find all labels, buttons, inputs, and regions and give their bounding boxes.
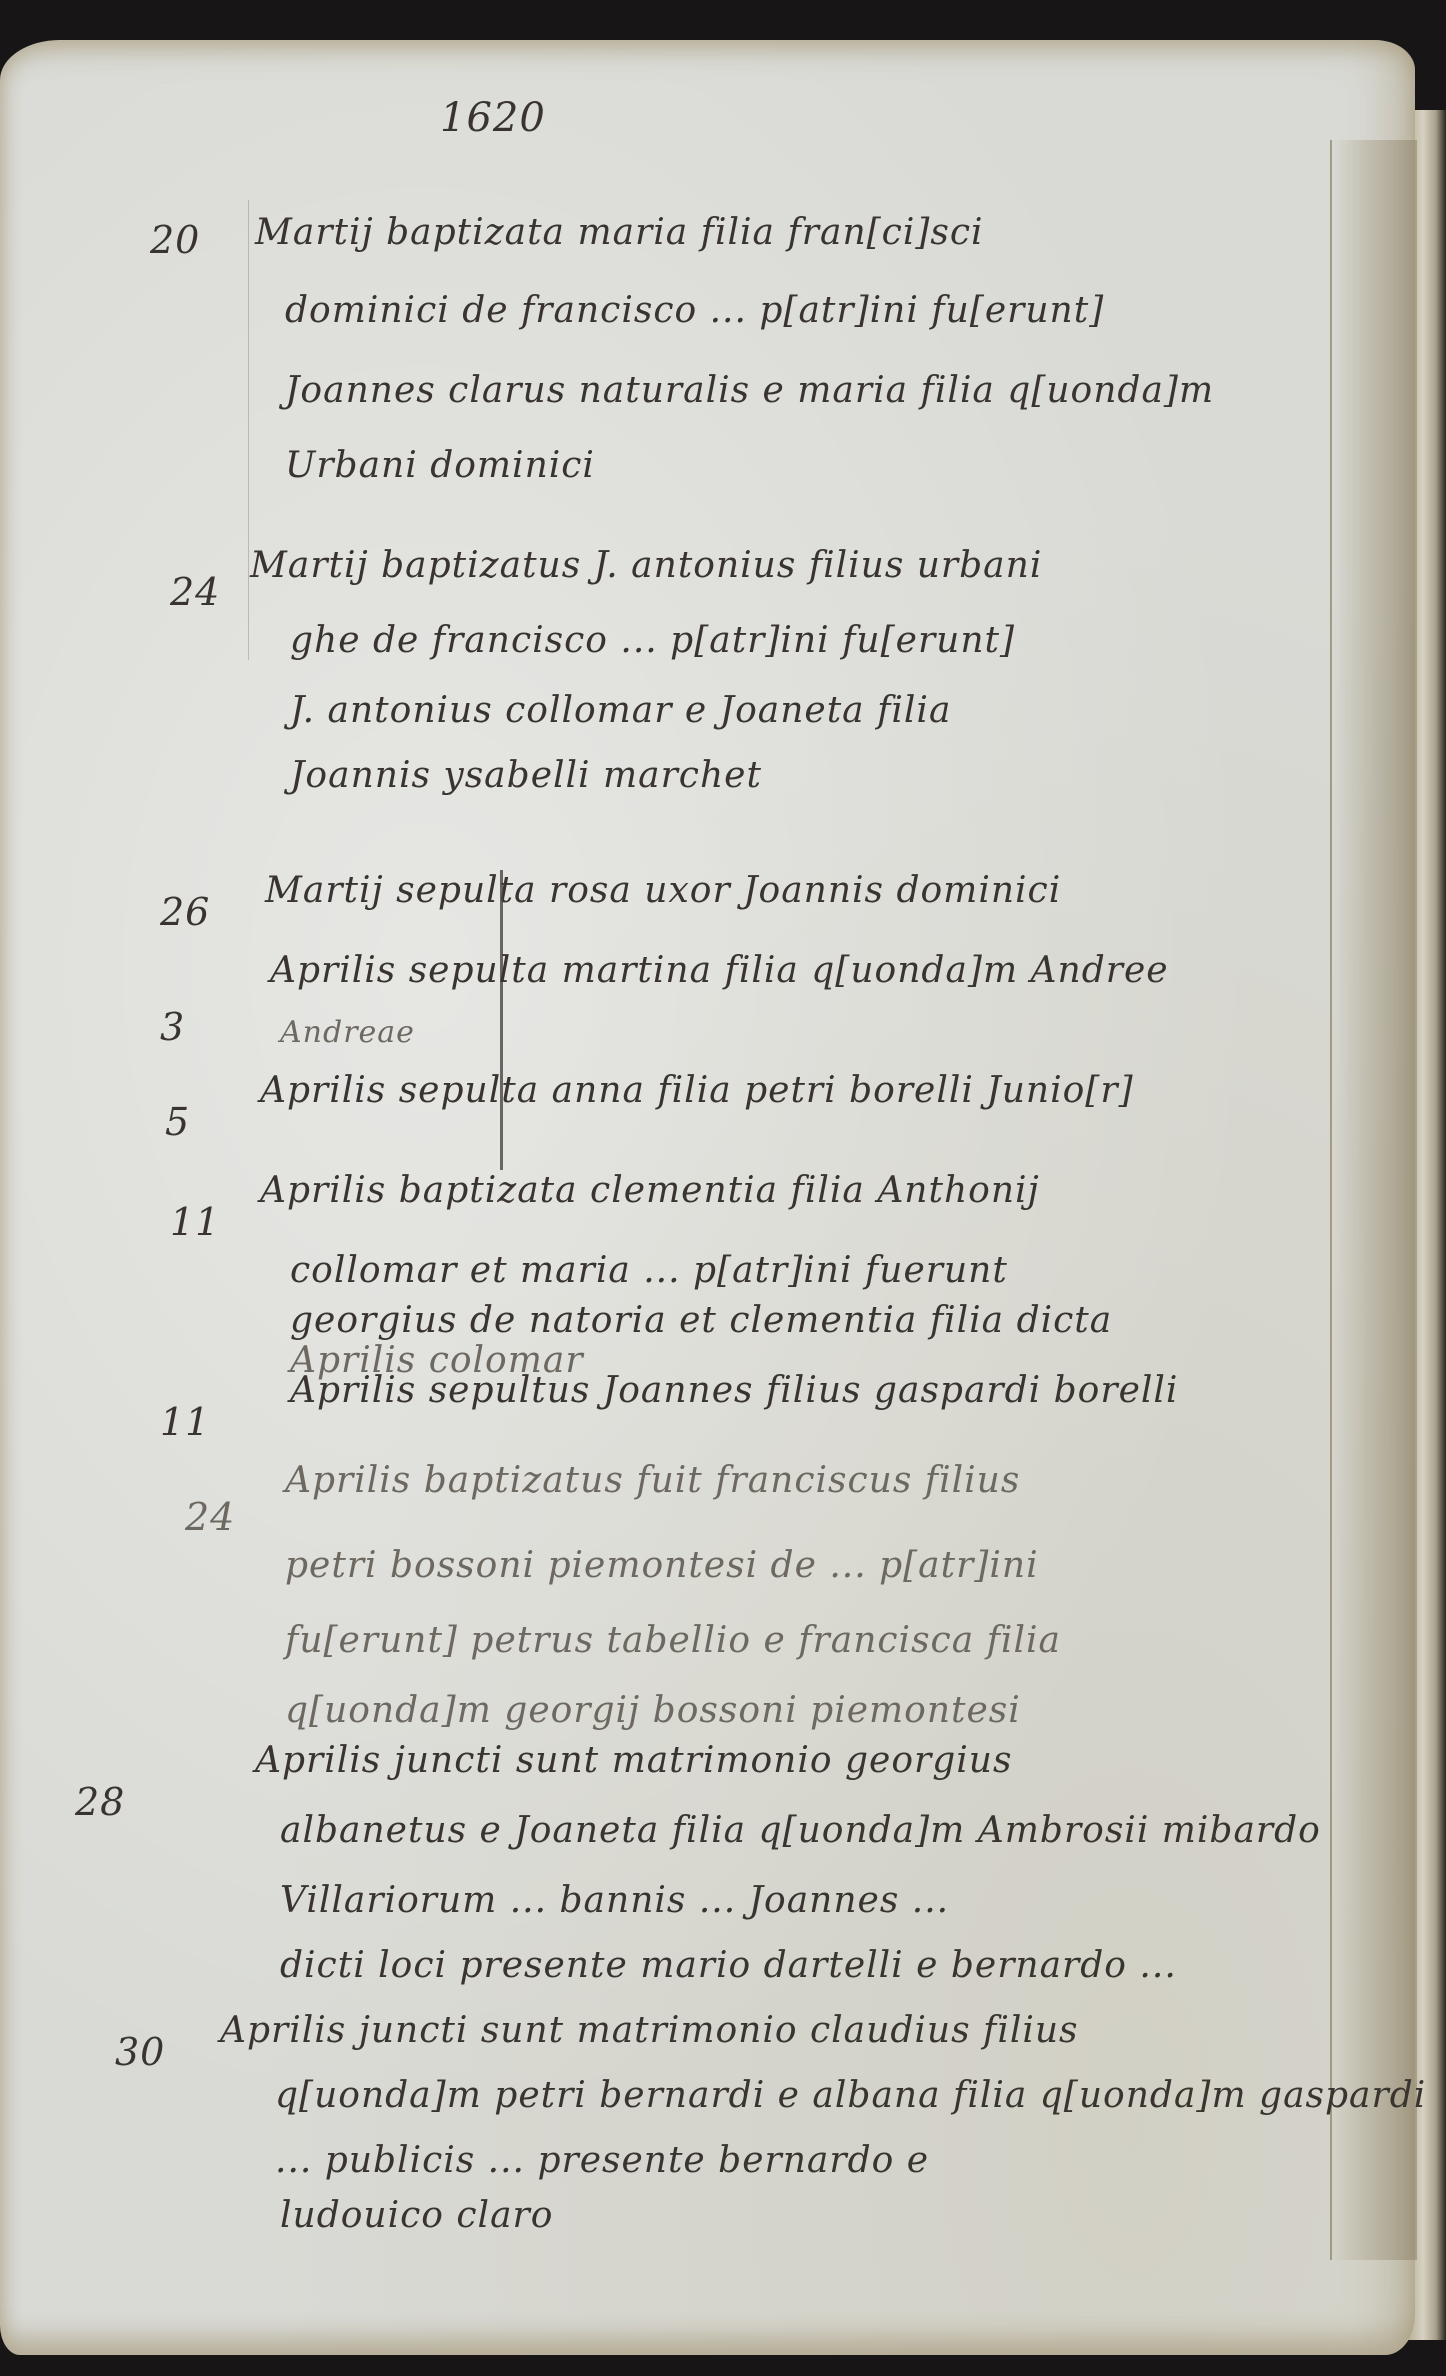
- entry-day: 5: [165, 1100, 190, 1144]
- entry-line: Aprilis sepulta anna filia petri borelli…: [260, 1070, 1134, 1111]
- entry-day: 24: [170, 570, 220, 614]
- entry-day: 26: [160, 890, 210, 934]
- entry-line: Urbani dominici: [285, 445, 595, 486]
- entry-day: 11: [160, 1400, 210, 1444]
- entry-line: Joannes clarus naturalis e maria filia q…: [285, 370, 1214, 411]
- entry-line: georgius de natoria et clementia filia d…: [290, 1300, 1112, 1341]
- entry-line: Aprilis juncti sunt matrimonio claudius …: [220, 2010, 1079, 2051]
- entry-line: Andreae: [280, 1015, 415, 1050]
- entry-bracket: [500, 870, 503, 1170]
- entry-line: albanetus e Joaneta filia q[uonda]m Ambr…: [280, 1810, 1321, 1851]
- margin-rule: [248, 200, 249, 660]
- entry-day: 3: [160, 1005, 185, 1049]
- entry-line: fu[erunt] petrus tabellio e francisca fi…: [285, 1620, 1061, 1661]
- entry-line: Villariorum ... bannis ... Joannes ...: [280, 1880, 949, 1921]
- entry-line: Aprilis baptizata clementia filia Anthon…: [260, 1170, 1040, 1211]
- entry-line: ludouico claro: [280, 2195, 553, 2236]
- entry-line: Martij baptizata maria filia fran[ci]sci: [255, 212, 984, 253]
- entry-line: Aprilis sepulta martina filia q[uonda]m …: [270, 950, 1169, 991]
- entry-line: Martij baptizatus J. antonius filius urb…: [250, 545, 1042, 586]
- entry-line: q[uonda]m petri bernardi e albana filia …: [275, 2075, 1426, 2116]
- entry-line: dicti loci presente mario dartelli e ber…: [280, 1945, 1177, 1986]
- entry-day: 30: [115, 2030, 165, 2074]
- entry-line: petri bossoni piemontesi de ... p[atr]in…: [285, 1545, 1039, 1586]
- entry-line: Joannis ysabelli marchet: [290, 755, 762, 796]
- entry-line: Aprilis sepultus Joannes filius gaspardi…: [290, 1370, 1178, 1411]
- year-heading: 1620: [440, 95, 546, 141]
- entry-line: Aprilis juncti sunt matrimonio georgius: [255, 1740, 1012, 1781]
- entry-line: q[uonda]m georgij bossoni piemontesi: [285, 1690, 1021, 1731]
- entry-day: 11: [170, 1200, 220, 1244]
- entry-line: collomar et maria ... p[atr]ini fuerunt: [290, 1250, 1008, 1291]
- entry-line: ghe de francisco ... p[atr]ini fu[erunt]: [290, 620, 1015, 661]
- entry-day: 20: [150, 218, 200, 262]
- entry-day: 24: [185, 1495, 235, 1539]
- entry-line: Martij sepulta rosa uxor Joannis dominic…: [265, 870, 1061, 911]
- entry-day: 28: [75, 1780, 125, 1824]
- entry-line: dominici de francisco ... p[atr]ini fu[e…: [285, 290, 1104, 331]
- page-stack-edge: [1330, 140, 1417, 2260]
- entry-line: J. antonius collomar e Joaneta filia: [290, 690, 951, 731]
- entry-line: Aprilis baptizatus fuit franciscus filiu…: [285, 1460, 1020, 1501]
- entry-line: ... publicis ... presente bernardo e: [275, 2140, 929, 2181]
